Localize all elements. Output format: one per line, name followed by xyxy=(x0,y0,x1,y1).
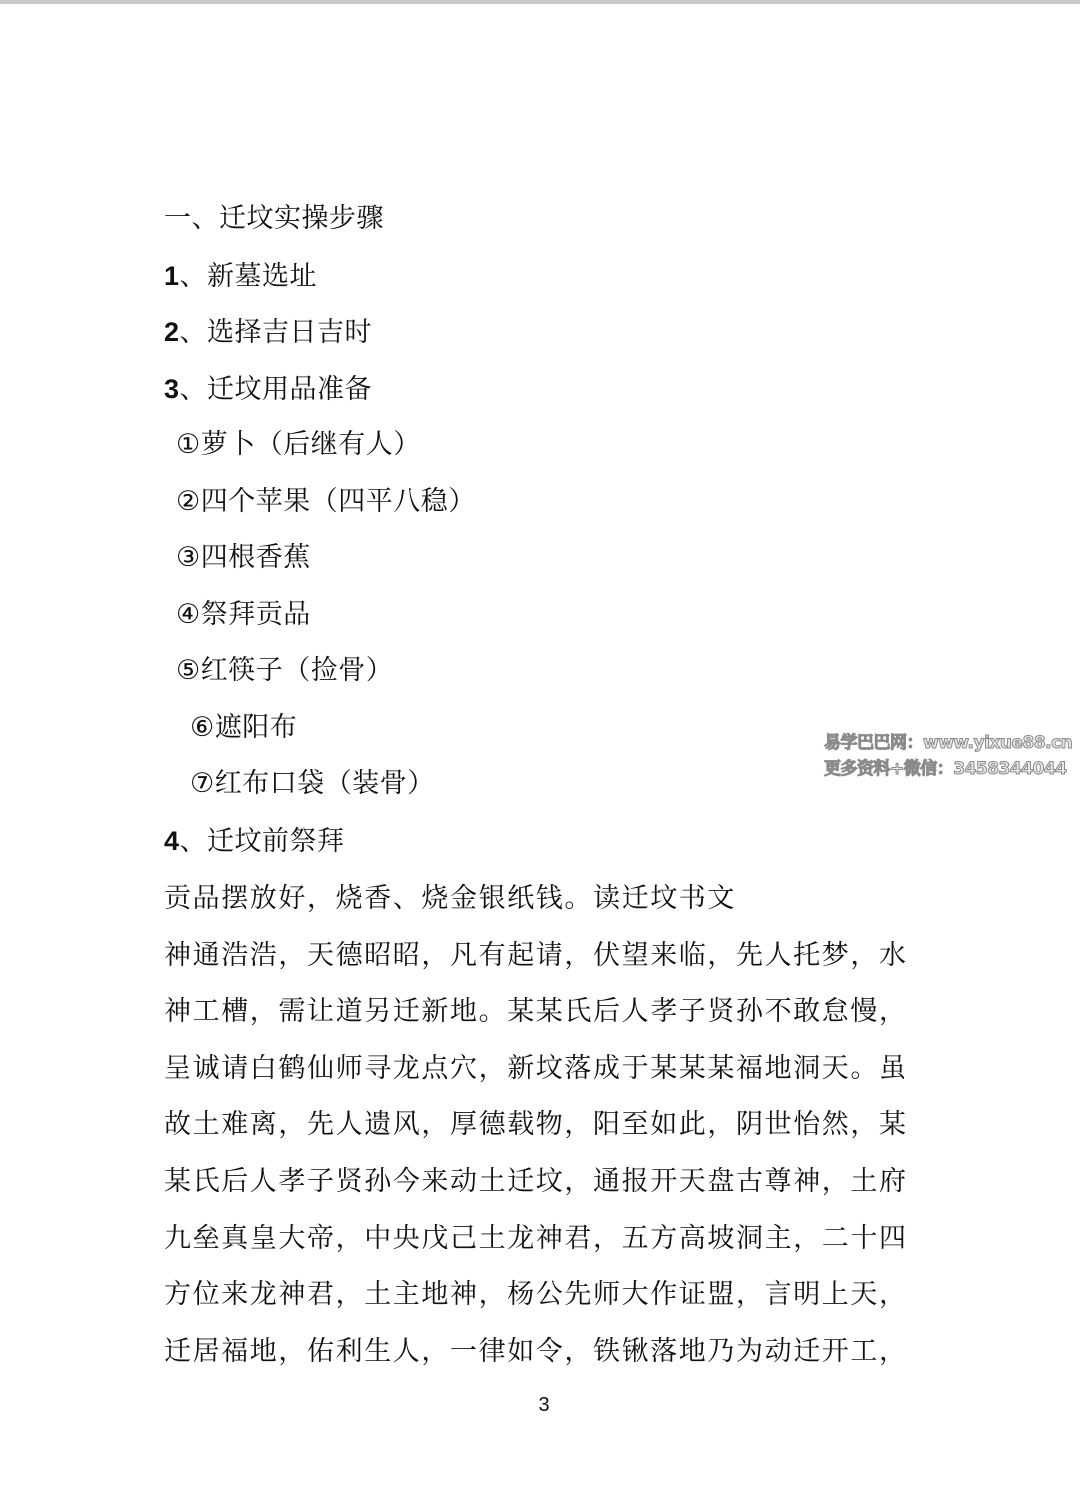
text-line: 神通浩浩，天德昭昭，凡有起请，伏望来临，先人托梦，水 xyxy=(164,928,924,985)
ritual-text: 贡品摆放好，烧香、烧金银纸钱。读迁坟书文 神通浩浩，天德昭昭，凡有起请，伏望来临… xyxy=(164,871,924,1380)
text-line: 呈诚请白鹤仙师寻龙点穴，新坟落成于某某某福地洞天。虽 xyxy=(164,1041,924,1098)
supply-item: ⑦红布口袋（装骨） xyxy=(190,767,435,801)
supply-item: ③四根香蕉 xyxy=(176,541,311,575)
text-line: 某氏后人孝子贤孙今来动土迁坟，通报开天盘古尊神，土府 xyxy=(164,1154,924,1211)
supply-item: ④祭拜贡品 xyxy=(176,598,311,632)
supply-item: ①萝卜（后继有人） xyxy=(176,428,421,462)
supply-item: ⑤红筷子（捡骨） xyxy=(176,654,393,688)
section-heading: 一、迁坟实操步骤 xyxy=(164,202,384,236)
watermark-contact: 更多资料+微信：3458344044 xyxy=(824,758,1067,780)
step-number: 3 xyxy=(164,374,180,404)
text-line: 方位来龙神君，土主地神，杨公先师大作证盟，言明上天， xyxy=(164,1267,924,1324)
page-number: 3 xyxy=(0,1394,1080,1417)
separator: 、 xyxy=(180,317,208,348)
text-line: 迁居福地，佑利生人，一律如令，铁锹落地乃为动迁开工， xyxy=(164,1324,924,1381)
text-line: 故土难离，先人遗风，厚德载物，阳至如此，阴世怡然，某 xyxy=(164,1097,924,1154)
separator: 、 xyxy=(180,374,208,405)
separator: 、 xyxy=(180,261,208,292)
step-text: 新墓选址 xyxy=(207,261,317,292)
top-border xyxy=(0,0,1080,4)
step-3: 3、迁坟用品准备 xyxy=(164,372,372,407)
watermark-site: 易学巴巴网：www.yixue88.cn xyxy=(824,732,1072,754)
text-line: 九垒真皇大帝，中央戊己土龙神君，五方高坡洞主，二十四 xyxy=(164,1211,924,1268)
step-text: 迁坟用品准备 xyxy=(207,374,372,405)
step-4: 4、迁坟前祭拜 xyxy=(164,824,345,859)
step-number: 2 xyxy=(164,317,180,347)
supply-item: ②四个苹果（四平八稳） xyxy=(176,485,476,519)
step-text: 迁坟前祭拜 xyxy=(207,826,345,857)
text-line: 神工槽，需让道另迁新地。某某氏后人孝子贤孙不敢怠慢， xyxy=(164,984,924,1041)
text-line: 贡品摆放好，烧香、烧金银纸钱。读迁坟书文 xyxy=(164,871,924,928)
separator: 、 xyxy=(180,826,208,857)
step-2: 2、选择吉日吉时 xyxy=(164,315,372,350)
step-number: 1 xyxy=(164,261,180,291)
step-text: 选择吉日吉时 xyxy=(207,317,372,348)
supply-item: ⑥遮阳布 xyxy=(190,711,297,745)
step-1: 1、新墓选址 xyxy=(164,259,317,294)
step-number: 4 xyxy=(164,826,180,856)
